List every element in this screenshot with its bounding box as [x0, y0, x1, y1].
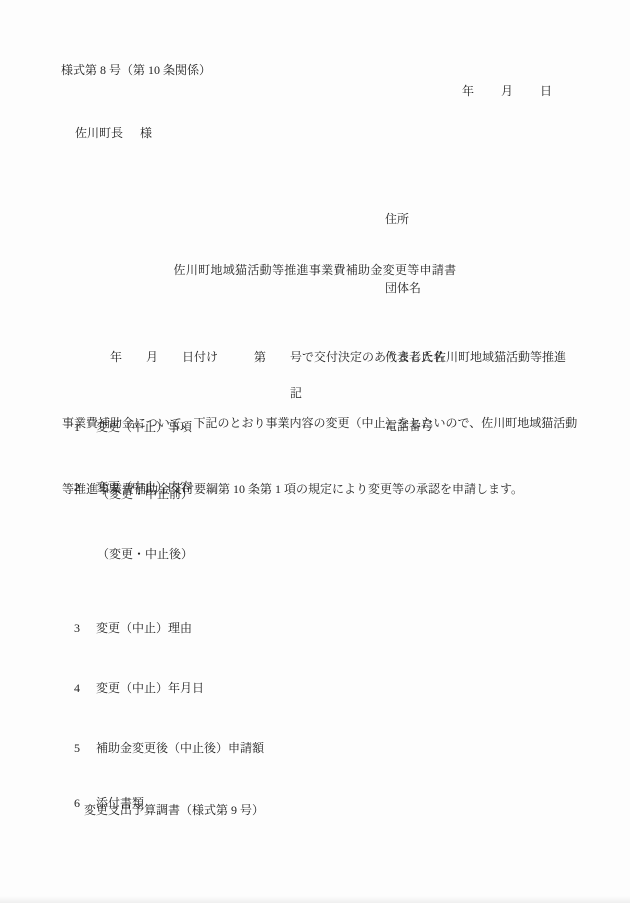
- list-item-change-date: 4変更（中止）年月日: [62, 667, 204, 709]
- document-title: 佐川町地域猫活動等推進事業費補助金変更等申請書: [0, 263, 630, 277]
- field-label-address: 住所: [385, 208, 445, 231]
- date-line: 年 月 日: [462, 84, 553, 98]
- item-number: 2: [74, 480, 96, 494]
- sub-item-attachment-doc: 変更支出予算調書（様式第 9 号）: [84, 803, 264, 817]
- sub-item-before-change: （変更・中止前）: [97, 487, 193, 501]
- list-item-change-matter: 1変更（中止）事項: [62, 406, 192, 448]
- item-label: 補助金変更後（中止後）申請額: [96, 741, 264, 755]
- item-number: 5: [74, 741, 96, 755]
- body-line: 年 月 日付け 第 号で交付決定のありました佐川町地域猫活動等推進: [62, 346, 574, 368]
- item-number: 1: [74, 420, 96, 434]
- record-heading: 記: [0, 386, 592, 400]
- list-item-change-reason: 3変更（中止）理由: [62, 607, 192, 649]
- addressee-honorific: 様: [140, 126, 152, 140]
- form-number: 様式第 8 号（第 10 条関係）: [61, 63, 211, 77]
- item-number: 4: [74, 681, 96, 695]
- field-label-organization: 団体名: [385, 277, 445, 300]
- item-label: 変更（中止）事項: [96, 420, 192, 434]
- item-label: 変更（中止）年月日: [96, 681, 204, 695]
- document-page: 様式第 8 号（第 10 条関係） 年 月 日 佐川町長 様 住所 団体名 代表…: [0, 0, 630, 903]
- item-label: 変更（中止）理由: [96, 621, 192, 635]
- page-bottom-shadow: [0, 896, 630, 903]
- list-item-amount-after-change: 5補助金変更後（中止後）申請額: [62, 727, 264, 769]
- sub-item-after-change: （変更・中止後）: [97, 547, 193, 561]
- addressee-line: 佐川町長 様: [75, 126, 152, 140]
- addressee-name: 佐川町長: [75, 126, 123, 140]
- item-number: 3: [74, 621, 96, 635]
